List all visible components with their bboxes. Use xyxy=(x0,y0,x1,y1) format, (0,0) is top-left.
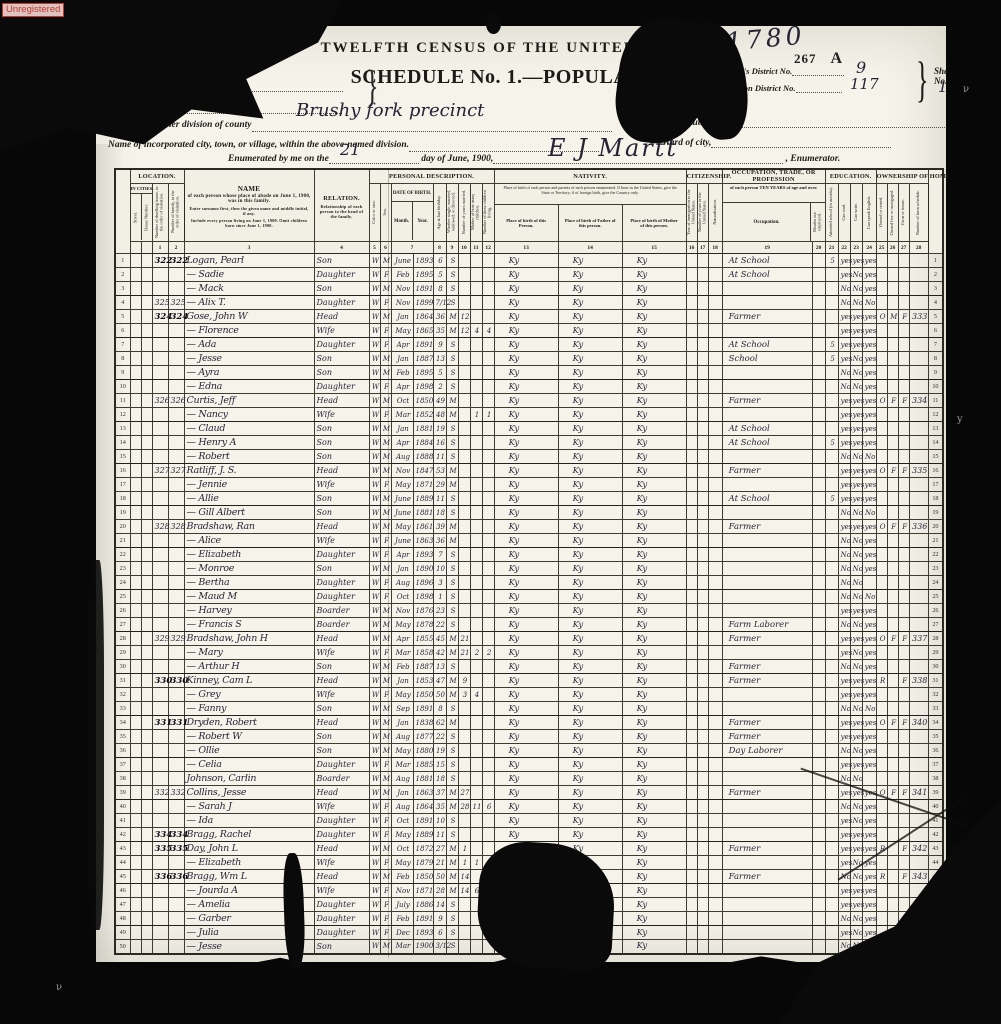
cell-sch xyxy=(825,324,838,338)
cell-n: 20 xyxy=(115,520,130,534)
cell-sch xyxy=(825,590,838,604)
cell-c: W xyxy=(369,702,380,716)
cell-sch xyxy=(825,604,838,618)
cell-name: — Grey xyxy=(184,688,314,702)
cell-bm: May xyxy=(391,618,413,632)
cell-n: 11 xyxy=(928,394,943,408)
cell-rel: Son xyxy=(314,730,369,744)
table-row: 28329329Bradshaw, John HHeadWMApr185545M… xyxy=(115,632,943,646)
cell-omf xyxy=(887,478,898,492)
cell-bm: Dec xyxy=(391,926,413,940)
cell-mn xyxy=(812,380,825,394)
table-row: 34331331Dryden, RobertHeadWMJan183862MKy… xyxy=(115,716,943,730)
cell-dw xyxy=(152,618,168,632)
cell-pf: Ky xyxy=(558,702,622,716)
cell-pm: Ky xyxy=(622,450,686,464)
cell-pf: Ky xyxy=(558,324,622,338)
cell-rel: Head xyxy=(314,716,369,730)
table-row: 17— JennieWifeWFMay187129MKyKyKyyesyesye… xyxy=(115,478,943,492)
cell-st xyxy=(130,744,141,758)
cell-n: 37 xyxy=(928,758,943,772)
cell-pm: Ky xyxy=(622,702,686,716)
cell-occ: Farmer xyxy=(722,842,812,856)
cell-en: yes xyxy=(862,716,876,730)
cell-own xyxy=(876,436,887,450)
cell-im xyxy=(686,772,697,786)
cell-fs xyxy=(909,562,928,576)
cell-dw xyxy=(152,926,168,940)
table-row: 16327327Ratliff, J. S.HeadWMNov184753MKy… xyxy=(115,464,943,478)
cell-pm: Ky xyxy=(622,730,686,744)
cell-mn xyxy=(812,674,825,688)
cell-n: 24 xyxy=(115,576,130,590)
cell-rd: No xyxy=(838,282,850,296)
cell-name: — Celia xyxy=(184,758,314,772)
group-name: NAME of each person whose place of abode… xyxy=(184,169,314,242)
cell-bm: May xyxy=(391,744,413,758)
cell-ym xyxy=(458,898,470,912)
cell-mar: S xyxy=(446,744,458,758)
cell-mn xyxy=(812,562,825,576)
cell-own: O xyxy=(876,520,887,534)
cell-rel: Son xyxy=(314,702,369,716)
cell-mn xyxy=(812,310,825,324)
cell-occ: At School xyxy=(722,422,812,436)
cell-na xyxy=(708,380,722,394)
cell-age: 2 xyxy=(433,380,446,394)
cell-name: — Gill Albert xyxy=(184,506,314,520)
cell-omf xyxy=(887,604,898,618)
cell-c: W xyxy=(369,926,380,940)
cell-omf xyxy=(887,450,898,464)
cell-yr xyxy=(697,632,708,646)
cell-n: 23 xyxy=(115,562,130,576)
cell-ho xyxy=(141,786,152,800)
cell-na xyxy=(708,338,722,352)
cell-mo xyxy=(470,786,482,800)
cell-own xyxy=(876,772,887,786)
cell-sch xyxy=(825,646,838,660)
cell-fa xyxy=(168,646,184,660)
fold-line xyxy=(388,168,389,958)
cell-ym: 27 xyxy=(458,786,470,800)
cell-mn xyxy=(812,744,825,758)
unregistered-watermark: Unregistered xyxy=(2,3,64,17)
cell-en: yes xyxy=(862,618,876,632)
cell-pf: Ky xyxy=(558,338,622,352)
cell-dw xyxy=(152,338,168,352)
cell-sch xyxy=(825,394,838,408)
cell-fh xyxy=(898,352,909,366)
cell-en: yes xyxy=(862,744,876,758)
cell-st xyxy=(130,478,141,492)
cell-en: yes xyxy=(862,520,876,534)
cell-n: 28 xyxy=(928,632,943,646)
cell-ho xyxy=(141,282,152,296)
cell-by: 1861 xyxy=(413,520,433,534)
col-can-read: Can read. xyxy=(838,184,850,242)
cell-ho xyxy=(141,492,152,506)
cell-mar: S xyxy=(446,282,458,296)
cell-st xyxy=(130,422,141,436)
cell-sch xyxy=(825,310,838,324)
cell-n: 39 xyxy=(928,786,943,800)
cell-c: W xyxy=(369,464,380,478)
cell-st xyxy=(130,702,141,716)
cell-wr: No xyxy=(850,506,862,520)
cell-ym xyxy=(458,772,470,786)
cell-fs xyxy=(909,590,928,604)
cell-fa: 331 xyxy=(168,716,184,730)
cell-n: 11 xyxy=(115,394,130,408)
cell-by: 1898 xyxy=(413,380,433,394)
cell-ho xyxy=(141,408,152,422)
cell-im xyxy=(686,254,697,268)
cell-own xyxy=(876,604,887,618)
cell-fa xyxy=(168,478,184,492)
cell-age: 19 xyxy=(433,744,446,758)
cell-n: 27 xyxy=(115,618,130,632)
table-row: 1322322Logan, PearlSonWMJune18936SKyKyKy… xyxy=(115,254,943,268)
cell-pb: Ky xyxy=(494,296,558,310)
cell-fs xyxy=(909,730,928,744)
cell-fa xyxy=(168,534,184,548)
cell-occ: Farmer xyxy=(722,464,812,478)
cell-by: 1850 xyxy=(413,688,433,702)
cell-yr xyxy=(697,576,708,590)
cell-na xyxy=(708,394,722,408)
cell-mo xyxy=(470,576,482,590)
cell-age: 8 xyxy=(433,282,446,296)
cell-age: 13 xyxy=(433,660,446,674)
cell-fh xyxy=(898,856,909,870)
cell-pf: Ky xyxy=(558,772,622,786)
cell-c: W xyxy=(369,604,380,618)
cell-s: M xyxy=(380,940,391,954)
table-row: 7— AdaDaughterWFApr18919SKyKyKyAt School… xyxy=(115,338,943,352)
cell-mo xyxy=(470,450,482,464)
cell-mo xyxy=(470,464,482,478)
cell-by: 1899 xyxy=(413,296,433,310)
cell-bm: May xyxy=(391,478,413,492)
group-education: EDUCATION. xyxy=(825,169,876,184)
cell-fa xyxy=(168,450,184,464)
cell-im xyxy=(686,296,697,310)
cell-rd: yes xyxy=(838,814,850,828)
cell-mar: S xyxy=(446,702,458,716)
cell-name: — Florence xyxy=(184,324,314,338)
table-row: 4325325— Alix T.DaughterWFNov18997/12SKy… xyxy=(115,296,943,310)
cell-pb: Ky xyxy=(494,254,558,268)
cell-omf xyxy=(887,856,898,870)
cell-yr xyxy=(697,408,708,422)
cell-en: yes xyxy=(862,478,876,492)
cell-im xyxy=(686,548,697,562)
cell-ho xyxy=(141,898,152,912)
cell-mar: S xyxy=(446,772,458,786)
cell-st xyxy=(130,450,141,464)
cell-by: 1898 xyxy=(413,590,433,604)
cell-mn xyxy=(812,282,825,296)
cell-fs xyxy=(909,758,928,772)
cell-occ xyxy=(722,800,812,814)
cell-mo xyxy=(470,506,482,520)
cell-en: yes xyxy=(862,352,876,366)
cell-dw xyxy=(152,856,168,870)
cell-pb: Ky xyxy=(494,324,558,338)
scan-border-left xyxy=(0,0,96,1024)
cell-occ xyxy=(722,324,812,338)
cell-omf xyxy=(887,492,898,506)
cell-na xyxy=(708,884,722,898)
cell-own: R xyxy=(876,870,887,884)
cell-bm: Aug xyxy=(391,576,413,590)
cell-mo xyxy=(470,366,482,380)
cell-by: 1891 xyxy=(413,702,433,716)
cell-rel: Son xyxy=(314,254,369,268)
cell-by: 1893 xyxy=(413,548,433,562)
cell-mn xyxy=(812,870,825,884)
cell-na xyxy=(708,786,722,800)
cell-rel: Son xyxy=(314,506,369,520)
cell-sch xyxy=(825,618,838,632)
cell-im xyxy=(686,450,697,464)
cell-bm: Jan xyxy=(391,674,413,688)
cell-n: 46 xyxy=(115,884,130,898)
table-row: 37— CeliaDaughterWFMar188515SKyKyKyyesye… xyxy=(115,758,943,772)
cell-fs: 337 xyxy=(909,632,928,646)
cell-fs xyxy=(909,702,928,716)
cell-pm: Ky xyxy=(622,660,686,674)
cell-dw xyxy=(152,702,168,716)
cell-rel: Daughter xyxy=(314,380,369,394)
cell-name: Curtis, Jeff xyxy=(184,394,314,408)
cell-yr xyxy=(697,716,708,730)
cell-mar: S xyxy=(446,380,458,394)
cell-st xyxy=(130,324,141,338)
cell-age: 9 xyxy=(433,912,446,926)
cell-sch xyxy=(825,758,838,772)
cell-im xyxy=(686,408,697,422)
cell-yr xyxy=(697,912,708,926)
cell-occ: At School xyxy=(722,492,812,506)
cell-st xyxy=(130,282,141,296)
cell-yr xyxy=(697,842,708,856)
cell-pm: Ky xyxy=(622,744,686,758)
cell-dw xyxy=(152,380,168,394)
cell-sch xyxy=(825,548,838,562)
cell-dw: 324 xyxy=(152,310,168,324)
col-owned-rented: Owned or rented. xyxy=(876,184,887,242)
cell-fa xyxy=(168,366,184,380)
cell-pm: Ky xyxy=(622,632,686,646)
cell-n: 34 xyxy=(115,716,130,730)
cell-sch xyxy=(825,282,838,296)
cell-sch xyxy=(825,926,838,940)
cell-cl xyxy=(482,296,494,310)
cell-c: W xyxy=(369,842,380,856)
cell-ho xyxy=(141,338,152,352)
cell-ym xyxy=(458,604,470,618)
cell-n: 3 xyxy=(928,282,943,296)
cell-n: 15 xyxy=(928,450,943,464)
col-farm-house: Farm or house. xyxy=(898,184,909,242)
cell-pm: Ky xyxy=(622,562,686,576)
cell-n: 19 xyxy=(115,506,130,520)
cell-rd: No xyxy=(838,702,850,716)
cell-wr: No xyxy=(850,618,862,632)
cell-yr xyxy=(697,324,708,338)
cell-fa xyxy=(168,436,184,450)
cell-ho xyxy=(141,590,152,604)
col-years-married: Number of years married. xyxy=(458,184,470,242)
cell-n: 25 xyxy=(115,590,130,604)
cell-n: 22 xyxy=(115,548,130,562)
cell-bm: Mar xyxy=(391,646,413,660)
cell-rel: Daughter xyxy=(314,576,369,590)
cell-ho xyxy=(141,828,152,842)
cell-st xyxy=(130,604,141,618)
cell-en: yes xyxy=(862,898,876,912)
cell-im xyxy=(686,562,697,576)
cell-rel: Son xyxy=(314,352,369,366)
cell-sch xyxy=(825,366,838,380)
cell-na xyxy=(708,856,722,870)
cell-na xyxy=(708,772,722,786)
cell-bm: Oct xyxy=(391,394,413,408)
cell-ho xyxy=(141,940,152,954)
table-row: 15— RobertSonWMAug188811SKyKyKyNoNoNo15 xyxy=(115,450,943,464)
cell-by: 1887 xyxy=(413,660,433,674)
cell-mn xyxy=(812,646,825,660)
cell-dw xyxy=(152,366,168,380)
cell-yr xyxy=(697,310,708,324)
cell-mn xyxy=(812,814,825,828)
cell-bm: Feb xyxy=(391,268,413,282)
cell-sch xyxy=(825,870,838,884)
cell-pf: Ky xyxy=(558,618,622,632)
cell-s: F xyxy=(380,926,391,940)
cell-pm: Ky xyxy=(622,870,686,884)
cell-ho xyxy=(141,842,152,856)
cell-mo xyxy=(470,338,482,352)
cell-fs xyxy=(909,422,928,436)
cell-ho xyxy=(141,674,152,688)
cell-na xyxy=(708,926,722,940)
cell-fa xyxy=(168,268,184,282)
cell-na xyxy=(708,422,722,436)
cell-fa xyxy=(168,562,184,576)
cell-fa: 332 xyxy=(168,786,184,800)
cell-pm: Ky xyxy=(622,366,686,380)
table-row: 40— Sarah JWifeWFAug186435M28116KyKyKyNo… xyxy=(115,800,943,814)
cell-occ: Farm Laborer xyxy=(722,618,812,632)
cell-pf: Ky xyxy=(558,408,622,422)
cell-by: 1871 xyxy=(413,478,433,492)
cell-mo xyxy=(470,590,482,604)
cell-omf xyxy=(887,534,898,548)
cell-n: 44 xyxy=(115,856,130,870)
cell-mn xyxy=(812,632,825,646)
cell-mo xyxy=(470,674,482,688)
cell-occ xyxy=(722,912,812,926)
census-table: LOCATION. NAME of each person whose plac… xyxy=(114,168,944,955)
group-location: LOCATION. xyxy=(130,169,184,184)
cell-en: yes xyxy=(862,268,876,282)
cell-en: yes xyxy=(862,800,876,814)
cell-c: W xyxy=(369,758,380,772)
cell-fs xyxy=(909,506,928,520)
cell-mar: M xyxy=(446,716,458,730)
cell-rel: Daughter xyxy=(314,898,369,912)
cell-fs: 342 xyxy=(909,842,928,856)
cell-age: 13 xyxy=(433,352,446,366)
cell-ym xyxy=(458,464,470,478)
cell-own xyxy=(876,688,887,702)
ink-streak-left xyxy=(88,560,104,930)
cell-dw xyxy=(152,352,168,366)
cell-fs xyxy=(909,408,928,422)
cell-fa: 322 xyxy=(168,254,184,268)
cell-yr xyxy=(697,268,708,282)
cell-st xyxy=(130,926,141,940)
cell-st xyxy=(130,394,141,408)
cell-by: 1855 xyxy=(413,632,433,646)
cell-ho xyxy=(141,814,152,828)
cell-wr: No xyxy=(850,590,862,604)
cell-mo xyxy=(470,814,482,828)
cell-mn xyxy=(812,828,825,842)
cell-sch xyxy=(825,576,838,590)
cell-own xyxy=(876,282,887,296)
cell-pm: Ky xyxy=(622,618,686,632)
cell-ym: 1 xyxy=(458,842,470,856)
cell-rd: yes xyxy=(838,492,850,506)
cell-cl xyxy=(482,758,494,772)
cell-yr xyxy=(697,534,708,548)
cell-by: 1889 xyxy=(413,492,433,506)
cell-st xyxy=(130,436,141,450)
cell-own xyxy=(876,814,887,828)
cell-en: No xyxy=(862,296,876,310)
cell-own xyxy=(876,422,887,436)
cell-cl xyxy=(482,716,494,730)
cell-yr xyxy=(697,436,708,450)
cell-yr xyxy=(697,800,708,814)
cell-omf xyxy=(887,618,898,632)
cell-rd: yes xyxy=(838,436,850,450)
cell-wr: No xyxy=(850,702,862,716)
cell-by: 1865 xyxy=(413,324,433,338)
cell-ym xyxy=(458,926,470,940)
cell-omf xyxy=(887,422,898,436)
table-row: 10— EdnaDaughterWFApr18982SKyKyKyNoNoyes… xyxy=(115,380,943,394)
cell-s: M xyxy=(380,772,391,786)
cell-ho xyxy=(141,632,152,646)
cell-s: M xyxy=(380,702,391,716)
cell-omf xyxy=(887,282,898,296)
col-dwelling: Number of dwelling house, in the order o… xyxy=(152,184,168,242)
cell-dw xyxy=(152,324,168,338)
cell-fh xyxy=(898,604,909,618)
cell-pf: Ky xyxy=(558,562,622,576)
cell-en: yes xyxy=(862,324,876,338)
cell-omf: F xyxy=(887,632,898,646)
cell-ho xyxy=(141,660,152,674)
cell-s: F xyxy=(380,338,391,352)
cell-pf: Ky xyxy=(558,464,622,478)
cell-n: 8 xyxy=(115,352,130,366)
